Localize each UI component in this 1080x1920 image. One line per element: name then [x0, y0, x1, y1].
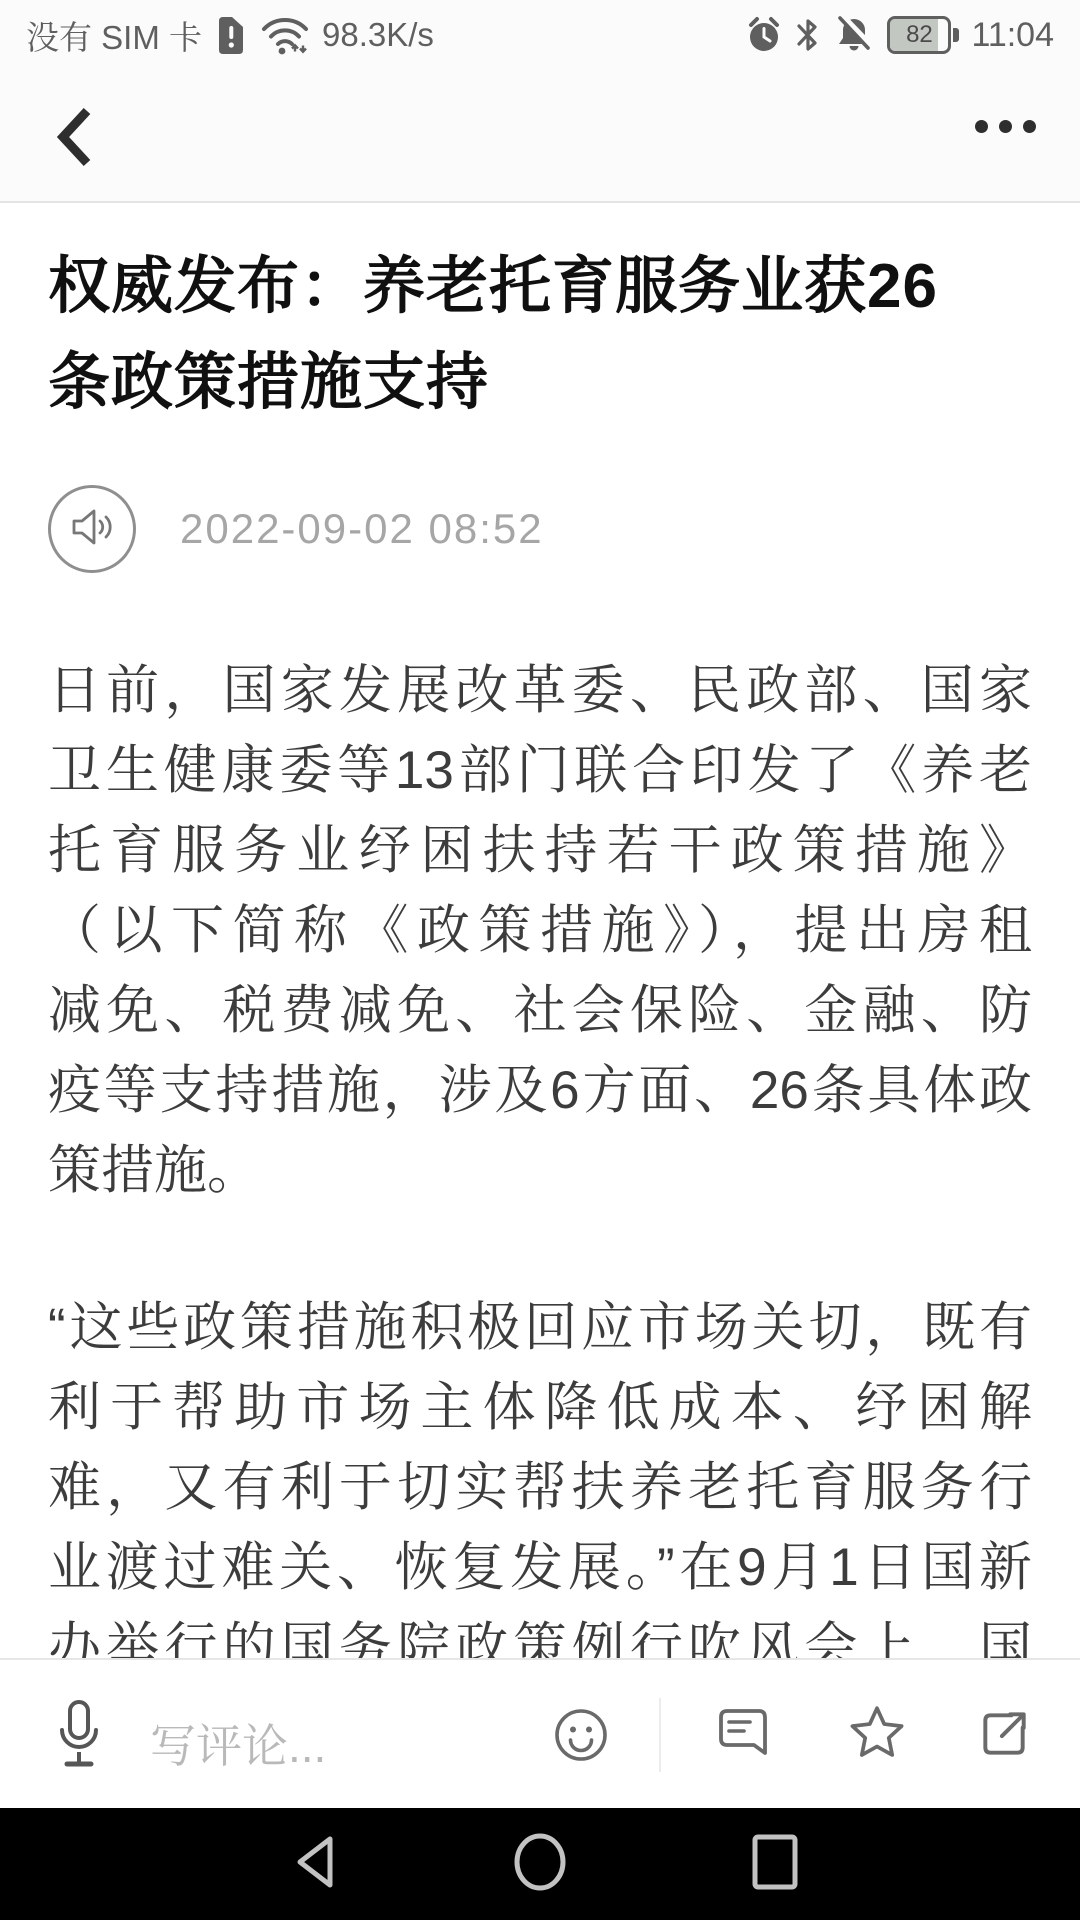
body-line: 策措施。 — [48, 1131, 1032, 1211]
paragraph: “这些政策措施积极回应市场关切，既有 利于帮助市场主体降低成本、纾困解 难，又有… — [48, 1288, 1032, 1658]
bell-muted-icon — [833, 15, 875, 55]
comment-bar-separator — [659, 1698, 661, 1772]
emoji-icon — [552, 1751, 610, 1768]
wifi-icon — [260, 14, 310, 56]
favorite-button[interactable] — [846, 1702, 908, 1764]
more-dots-icon — [975, 120, 988, 133]
status-left: 没有 SIM 卡 98.3K/s — [26, 12, 434, 59]
battery-icon: 82 — [887, 16, 959, 54]
title-line: 条政策措施支持 — [48, 335, 1032, 431]
body-line: “这些政策措施积极回应市场关切，既有 — [48, 1288, 1032, 1368]
share-icon — [976, 1749, 1032, 1766]
battery-percent: 82 — [890, 19, 948, 51]
read-aloud-button[interactable] — [48, 485, 136, 573]
page-title: 权威发布：养老托育服务业获26 条政策措施支持 — [48, 239, 1032, 431]
more-menu-button[interactable] — [975, 120, 1036, 133]
article-meta: 2022-09-02 08:52 — [48, 485, 1032, 573]
body-line: 难，又有利于切实帮扶养老托育服务行 — [48, 1448, 1032, 1528]
comments-button[interactable] — [714, 1704, 772, 1764]
emoji-button[interactable] — [552, 1706, 610, 1764]
comment-bubble-icon — [714, 1751, 772, 1768]
voice-comment-button[interactable] — [56, 1698, 102, 1772]
mic-icon — [56, 1759, 102, 1776]
bluetooth-icon — [795, 15, 821, 55]
comment-input[interactable]: 写评论... — [150, 1710, 510, 1776]
body-line: 托育服务业纾困扶持若干政策措施》 — [48, 811, 1032, 891]
body-line: 卫生健康委等13部门联合印发了《养老 — [48, 731, 1032, 811]
share-button[interactable] — [976, 1706, 1032, 1762]
body-line: 业渡过难关、恢复发展。”在9月1日国新 — [48, 1528, 1032, 1608]
title-line: 权威发布：养老托育服务业获26 — [48, 239, 1032, 335]
star-icon — [846, 1749, 908, 1766]
android-home-button[interactable] — [480, 1808, 600, 1920]
paragraph: 日前，国家发展改革委、民政部、国家 卫生健康委等13部门联合印发了《养老 托育服… — [48, 651, 1032, 1211]
carrier-text: 没有 SIM 卡 — [26, 12, 202, 59]
speaker-icon — [69, 506, 115, 553]
android-back-button[interactable] — [255, 1808, 375, 1920]
body-line: 利于帮助市场主体降低成本、纾困解 — [48, 1368, 1032, 1448]
status-bar: 没有 SIM 卡 98.3K/s — [0, 0, 1080, 70]
status-clock: 11:04 — [971, 16, 1054, 55]
comment-bar: 写评论... — [0, 1658, 1080, 1808]
back-icon — [52, 155, 96, 172]
status-right: 82 11:04 — [745, 15, 1054, 55]
nav-back-triangle-icon — [292, 1834, 338, 1895]
nav-home-circle-icon — [512, 1831, 568, 1898]
article-content: 权威发布：养老托育服务业获26 条政策措施支持 2022-09-02 08:52… — [0, 205, 1080, 1658]
nav-recents-square-icon — [751, 1833, 799, 1896]
sim-alert-icon — [214, 14, 248, 56]
body-line: （以下简称《政策措施》），提出房租 — [48, 891, 1032, 971]
body-line: 减免、税费减免、社会保险、金融、防 — [48, 971, 1032, 1051]
publish-timestamp: 2022-09-02 08:52 — [180, 505, 544, 553]
nav-header — [0, 70, 1080, 203]
network-speed: 98.3K/s — [322, 16, 434, 54]
back-button[interactable] — [52, 106, 96, 168]
android-nav-bar — [0, 1808, 1080, 1920]
alarm-icon — [745, 16, 783, 54]
body-line: 日前，国家发展改革委、民政部、国家 — [48, 651, 1032, 731]
body-line: 办举行的国务院政策例行吹风会上，国 — [48, 1608, 1032, 1658]
android-recents-button[interactable] — [715, 1808, 835, 1920]
body-line: 疫等支持措施，涉及6方面、26条具体政 — [48, 1051, 1032, 1131]
